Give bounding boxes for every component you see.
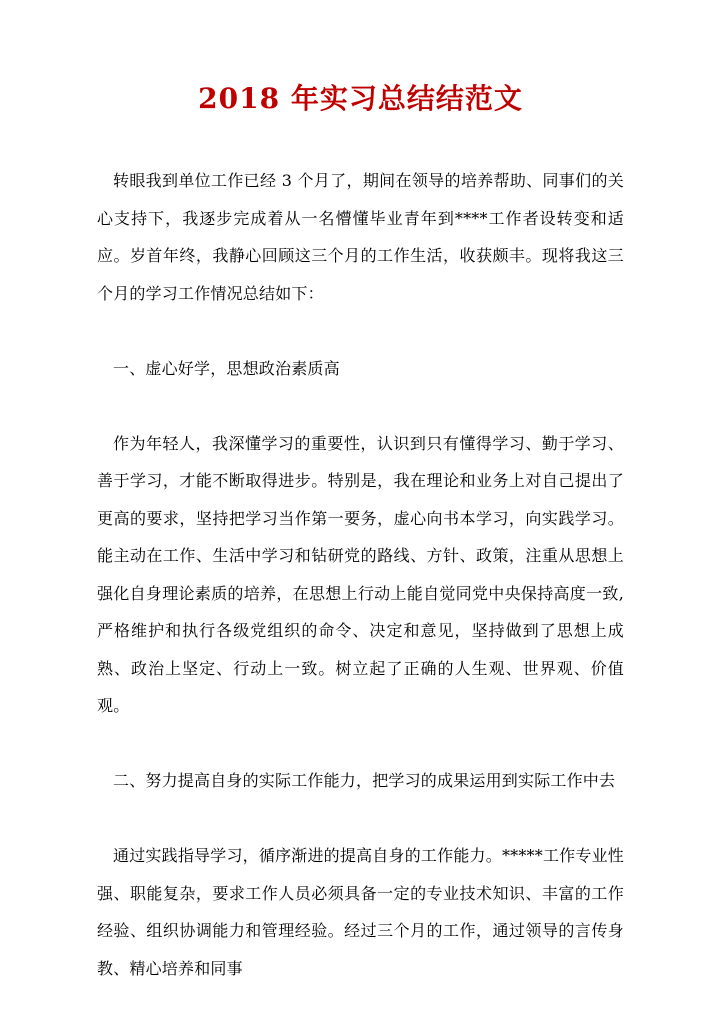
document-title: 2018 年实习总结结范文	[97, 78, 624, 120]
paragraph-section-1: 作为年轻人，我深懂学习的重要性，认识到只有懂得学习、勤于学习、善于学习，才能不断…	[97, 425, 624, 725]
paragraph-intro: 转眼我到单位工作已经 3 个月了，期间在领导的培养帮助、同事们的关心支持下，我逐…	[97, 162, 624, 312]
document-page: 2018 年实习总结结范文 转眼我到单位工作已经 3 个月了，期间在领导的培养帮…	[0, 0, 721, 1020]
section-heading-1: 一、虚心好学，思想政治素质高	[97, 350, 624, 388]
section-heading-2: 二、努力提高自身的实际工作能力，把学习的成果运用到实际工作中去	[97, 762, 624, 800]
paragraph-section-2: 通过实践指导学习，循序渐进的提高自身的工作能力。*****工作专业性强、职能复杂…	[97, 837, 624, 987]
